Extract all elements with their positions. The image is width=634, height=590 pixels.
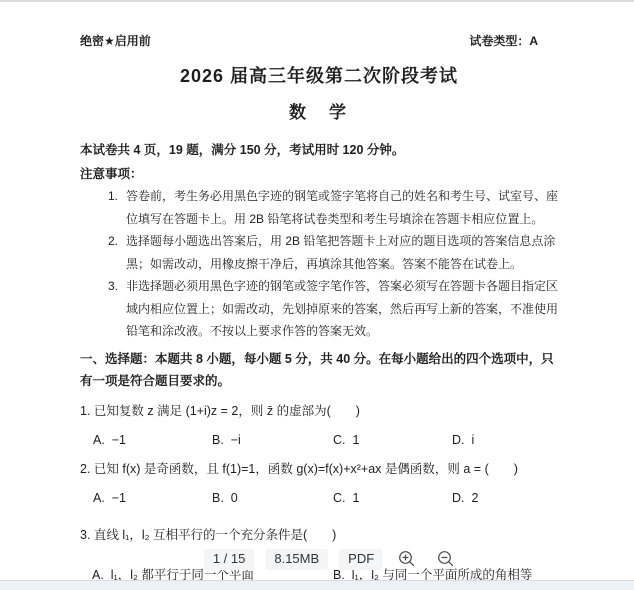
notice-text: 非选择题必须用黑色字迹的钢笔或签字笔作答，答案必须写在答题卡各题目指定区域内相应… bbox=[126, 279, 558, 338]
exam-meta: 本试卷共 4 页，19 题，满分 150 分，考试用时 120 分钟。 bbox=[80, 140, 558, 160]
option-c: C. 1 bbox=[333, 433, 452, 447]
question-1: 1. 已知复数 z 满足 (1+i)z = 2，则 z̄ 的虚部为( ) A. … bbox=[80, 402, 558, 447]
section-title: 一、选择题：本题共 8 小题，每小题 5 分，共 40 分。在每小题给出的四个选… bbox=[80, 348, 558, 392]
magnifier-minus-icon bbox=[437, 550, 455, 568]
option-a: A. −1 bbox=[93, 433, 212, 447]
paper-type-label: 试卷类型：A bbox=[469, 32, 538, 49]
document-header: 绝密★启用前 试卷类型：A bbox=[80, 32, 558, 49]
notice-number: 2. bbox=[108, 230, 118, 253]
notice-number: 3. bbox=[108, 275, 118, 298]
subject-title: 数 学 bbox=[80, 98, 558, 123]
security-label: 绝密★启用前 bbox=[80, 32, 151, 49]
bottom-strip bbox=[0, 580, 634, 590]
option-d: D. 2 bbox=[452, 491, 558, 505]
zoom-out-button[interactable] bbox=[436, 549, 456, 569]
page-indicator[interactable]: 1 / 15 bbox=[204, 549, 255, 570]
notice-text: 答卷前，考生务必用黑色字迹的钢笔或签字笔将自己的姓名和考生号、试室号、座位填写在… bbox=[126, 189, 558, 226]
notice-number: 1. bbox=[108, 185, 118, 208]
question-options: A. −1 B. −i C. 1 D. i bbox=[80, 433, 558, 447]
option-a: A. −1 bbox=[93, 491, 212, 505]
question-text: 2. 已知 f(x) 是奇函数，且 f(1)=1，函数 g(x)=f(x)+x²… bbox=[80, 460, 558, 478]
viewer-toolbar: 1 / 15 8.15MB PDF bbox=[13, 547, 634, 571]
question-text: 3. 直线 l₁，l₂ 互相平行的一个充分条件是( ) bbox=[80, 526, 558, 544]
magnifier-plus-icon bbox=[398, 550, 416, 568]
notice-item-1: 1. 答卷前，考生务必用黑色字迹的钢笔或签字笔将自己的姓名和考生号、试室号、座位… bbox=[80, 185, 558, 230]
option-c: C. 1 bbox=[333, 491, 452, 505]
document-page: 绝密★启用前 试卷类型：A 2026 届高三年级第二次阶段考试 数 学 本试卷共… bbox=[80, 26, 558, 583]
notice-item-3: 3. 非选择题必须用黑色字迹的钢笔或签字笔作答，答案必须写在答题卡各题目指定区域… bbox=[80, 275, 558, 343]
option-b: B. −i bbox=[212, 433, 333, 447]
notice-item-2: 2. 选择题每小题选出答案后，用 2B 铅笔把答题卡上对应的题目选项的答案信息点… bbox=[80, 230, 558, 275]
question-options: A. −1 B. 0 C. 1 D. 2 bbox=[80, 491, 558, 505]
scan-speck bbox=[404, 464, 407, 467]
file-type-badge: PDF bbox=[339, 549, 383, 570]
question-2: 2. 已知 f(x) 是奇函数，且 f(1)=1，函数 g(x)=f(x)+x²… bbox=[80, 460, 558, 505]
notice-text: 选择题每小题选出答案后，用 2B 铅笔把答题卡上对应的题目选项的答案信息点涂黑；… bbox=[126, 234, 555, 271]
notice-heading: 注意事项： bbox=[80, 163, 558, 185]
option-b: B. 0 bbox=[212, 491, 333, 505]
question-text: 1. 已知复数 z 满足 (1+i)z = 2，则 z̄ 的虚部为( ) bbox=[80, 402, 558, 420]
file-size-badge: 8.15MB bbox=[265, 549, 328, 570]
option-d: D. i bbox=[452, 433, 558, 447]
exam-title: 2026 届高三年级第二次阶段考试 bbox=[80, 62, 558, 88]
pdf-viewer: 绝密★启用前 试卷类型：A 2026 届高三年级第二次阶段考试 数 学 本试卷共… bbox=[0, 0, 634, 590]
notice-list: 1. 答卷前，考生务必用黑色字迹的钢笔或签字笔将自己的姓名和考生号、试室号、座位… bbox=[80, 185, 558, 343]
zoom-in-button[interactable] bbox=[397, 549, 417, 569]
